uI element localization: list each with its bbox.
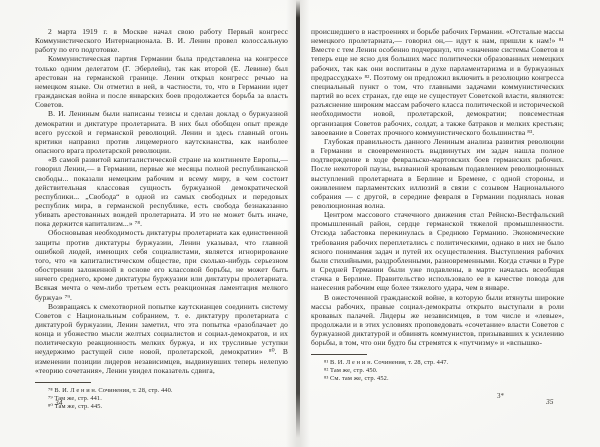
- footnote: ⁸³ См. там же, стр. 452.: [324, 375, 564, 383]
- footnote: ⁸¹ В. И. Л е н и н. Сочинения, т. 28, ст…: [324, 359, 564, 367]
- paragraph: Центром массового стачечного движения ст…: [311, 210, 564, 292]
- paragraph: В ожесточенной гражданской войне, в кото…: [311, 293, 564, 348]
- paragraph: Глубокая правильность данного Лениным ан…: [311, 137, 564, 210]
- footnote: ⁷⁸ В. И. Л е н и н. Сочинения, т. 28, ст…: [48, 387, 288, 395]
- paragraph: В. И. Лениным были написаны тезисы и сде…: [35, 109, 288, 155]
- paragraph: Обосновывая необходимость диктатуры прол…: [35, 228, 288, 301]
- page-number-left: 34: [55, 398, 63, 407]
- footnote-separator: [311, 354, 367, 355]
- paragraph: Возвращаясь к смехотворной попытке каутс…: [35, 302, 288, 375]
- footnote: ⁷⁹ Там же, стр. 441.: [48, 395, 288, 403]
- signature-mark: 3*: [497, 392, 504, 400]
- right-page: происшедшего в настроениях и борьбе рабо…: [311, 27, 564, 383]
- left-page: 2 марта 1919 г. в Москве начал свою рабо…: [35, 27, 288, 411]
- paragraph: 2 марта 1919 г. в Москве начал свою рабо…: [35, 27, 288, 54]
- footnote: ⁸² Там же, стр. 450.: [324, 367, 564, 375]
- paragraph-continuation: происшедшего в настроениях и борьбе рабо…: [311, 27, 564, 137]
- page-number-right: 35: [546, 397, 554, 406]
- footnote-separator: [35, 382, 91, 383]
- paragraph-quote: «В самой развитой капиталистической стра…: [35, 155, 288, 228]
- paragraph: Коммунистическая партия Германии была пр…: [35, 54, 288, 109]
- footnote: ⁸⁰ Там же, стр. 445.: [48, 403, 288, 411]
- binding-gutter-line: [296, 0, 300, 447]
